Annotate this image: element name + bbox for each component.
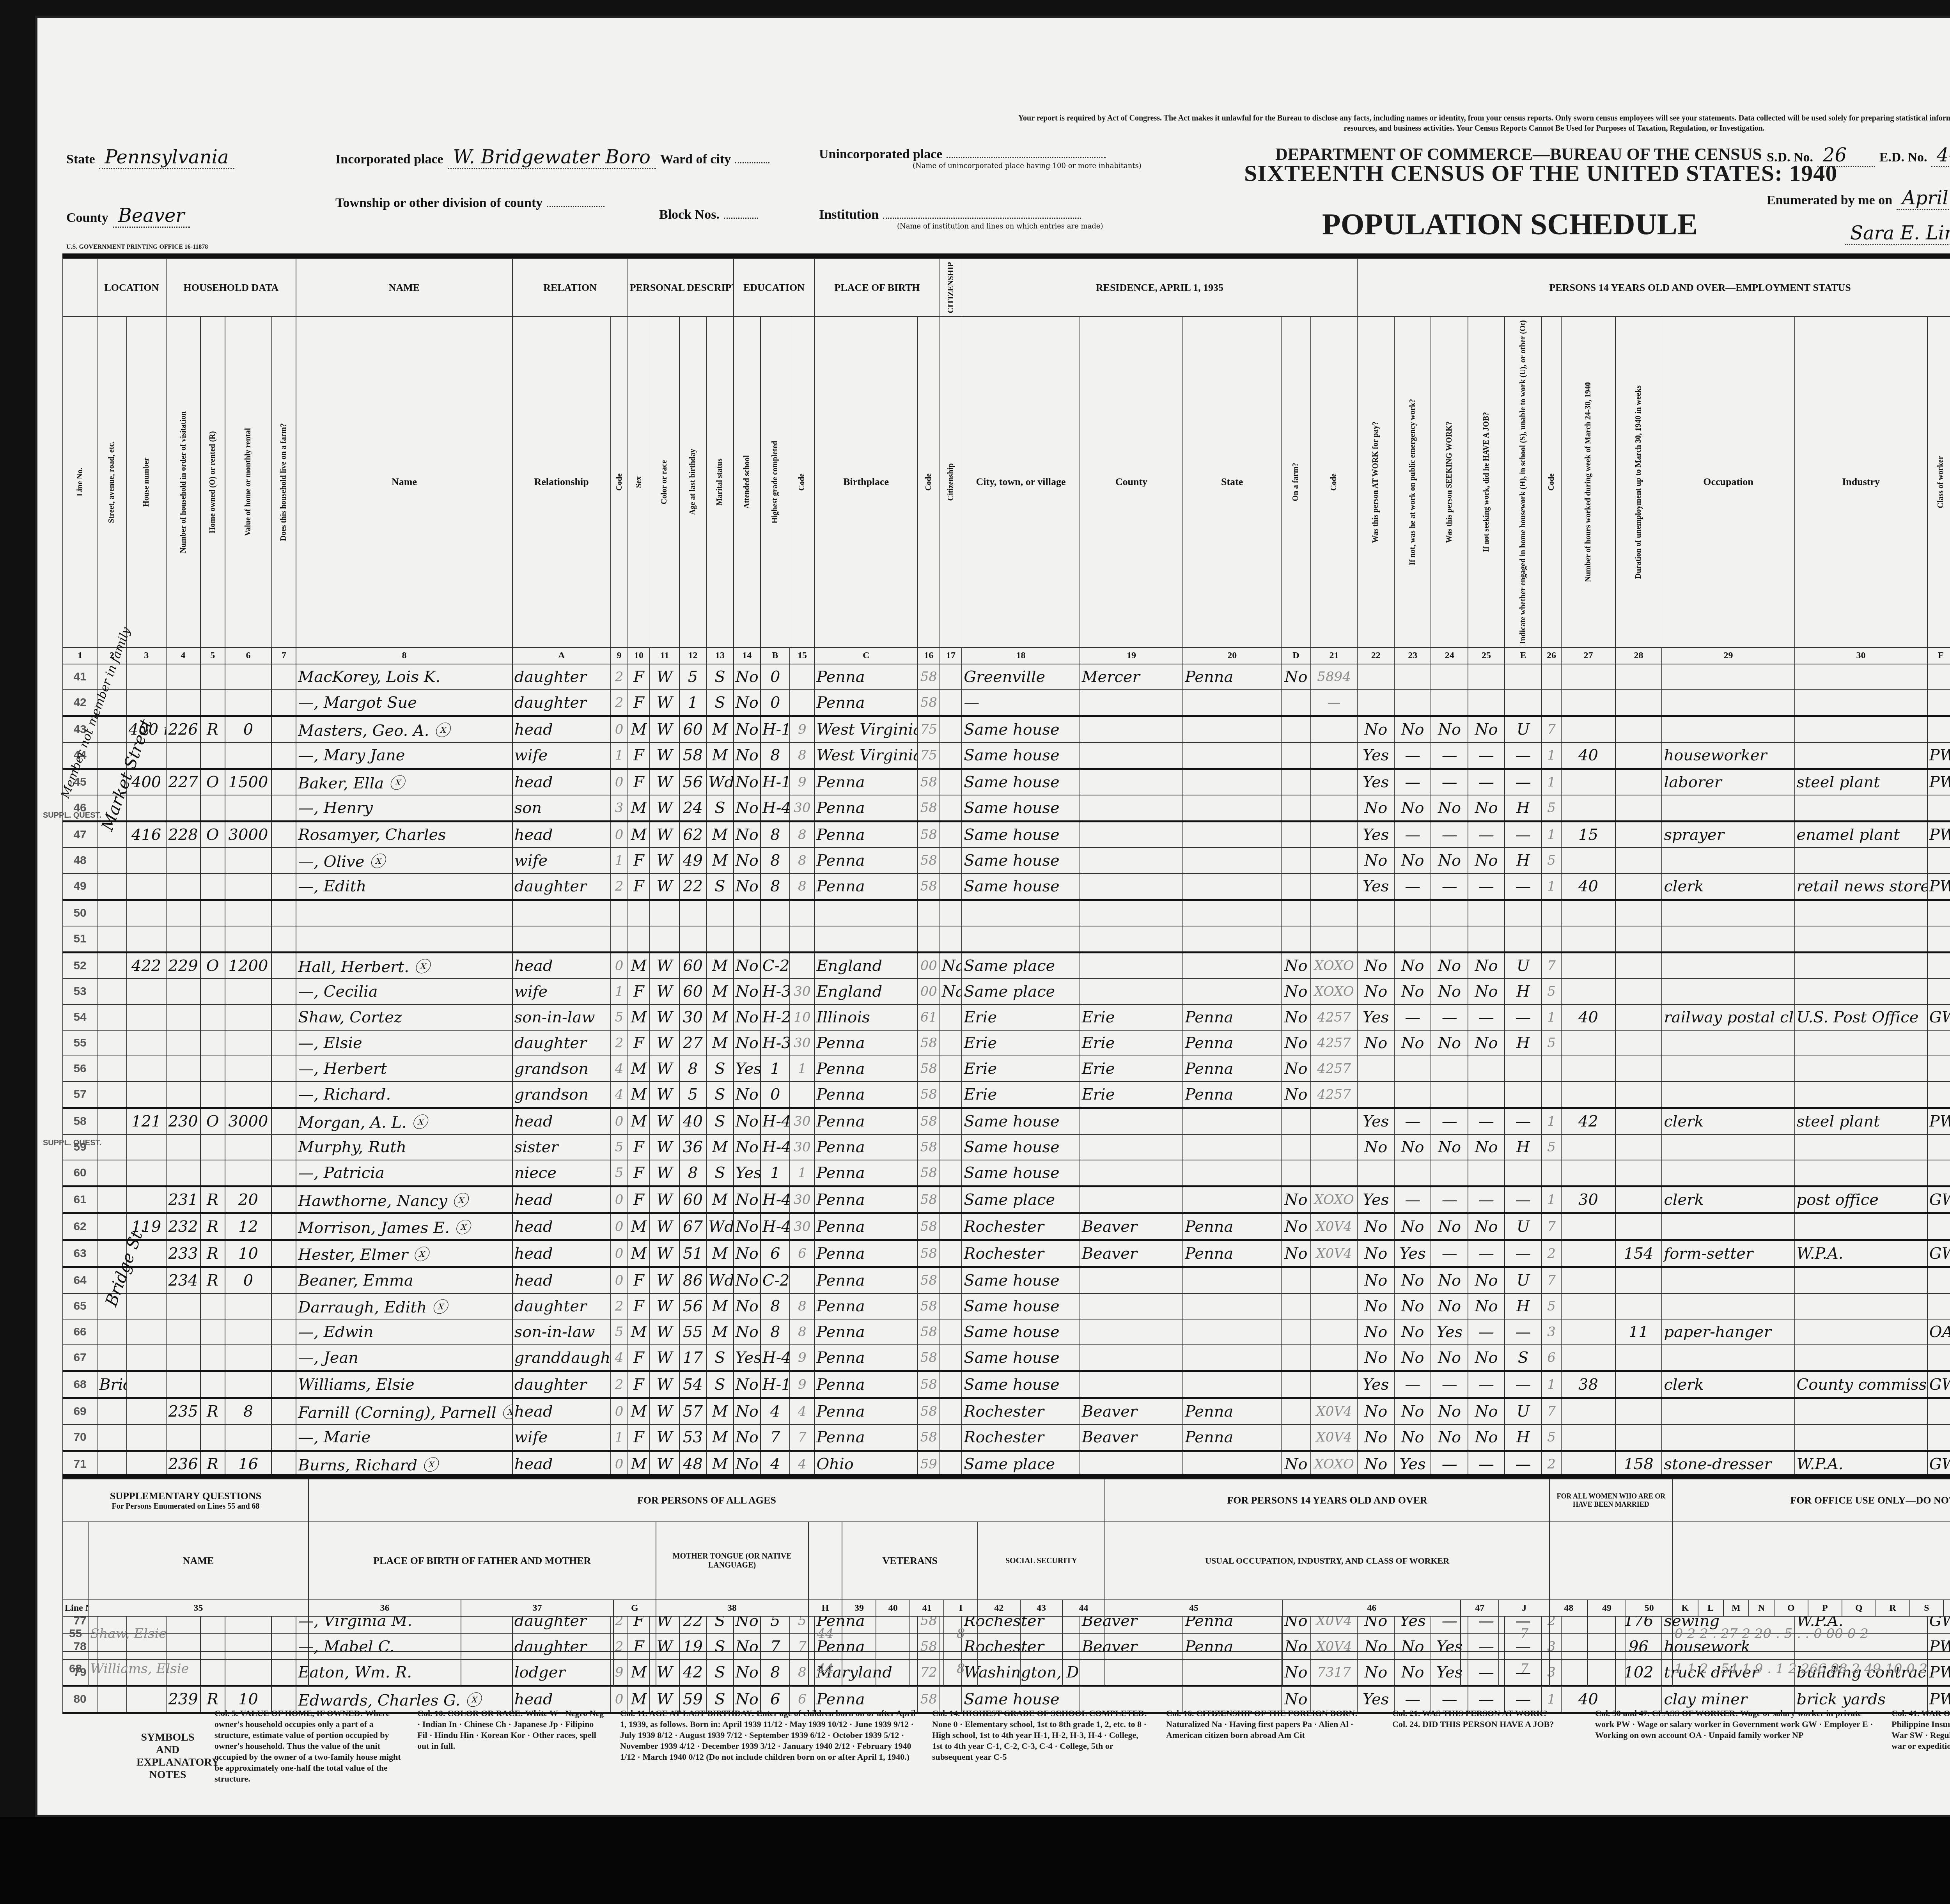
cell-rel: daughter: [512, 1030, 611, 1056]
cell-onfarm: [1281, 900, 1311, 926]
cell-ind: [1795, 1030, 1927, 1056]
cell-name: [296, 900, 512, 926]
cell-state: [1183, 979, 1281, 1004]
cell-w23: —: [1431, 769, 1468, 795]
cell-name: —, Patricia: [296, 1160, 512, 1187]
cell-house: [127, 1082, 166, 1108]
col-number: F: [1927, 648, 1950, 664]
cell-grade: [760, 900, 790, 926]
cell-w22: No: [1394, 1213, 1431, 1240]
cell-grade: H-4: [760, 795, 790, 822]
supp-col-number: 49: [1588, 1600, 1626, 1616]
cell-rel: grandson: [512, 1082, 611, 1108]
cell-birth: Penna: [814, 690, 918, 716]
line-number: 51: [63, 926, 97, 953]
cell-state: [1183, 742, 1281, 769]
cell-house: [127, 926, 166, 953]
cell-age: 36: [679, 1134, 706, 1160]
cell-w24: No: [1468, 1424, 1505, 1451]
cell-ind: [1795, 742, 1927, 769]
cell-name: Hawthorne, Nancy ⓧ: [296, 1186, 512, 1213]
cell-cit: [940, 1398, 962, 1424]
cell-dur: [1615, 1267, 1662, 1293]
cell-occ: laborer: [1662, 769, 1794, 795]
cell-hrs: [1561, 848, 1615, 873]
cell-hh: 228: [166, 821, 200, 848]
cell-own: [200, 1371, 225, 1398]
cell-state: Penna: [1183, 1213, 1281, 1240]
note-col41-text: Col. 41. WAR OR MILITARY SERVICE: World …: [1891, 1708, 1950, 1752]
col-number: 3: [127, 648, 166, 664]
cell-hrs: [1561, 769, 1615, 795]
cell-sex: M: [628, 952, 650, 979]
cell-grade: 8: [760, 1293, 790, 1319]
cell-w25: [1505, 926, 1541, 953]
cell-sch: No: [734, 716, 760, 742]
col-number: 27: [1561, 648, 1615, 664]
cell-dur: [1615, 742, 1662, 769]
cell-birth: Penna: [814, 848, 918, 873]
cell-rel: head: [512, 821, 611, 848]
supp-col-number: 47: [1461, 1600, 1499, 1616]
cell-city: Same place: [962, 952, 1080, 979]
cell-sch: No: [734, 1293, 760, 1319]
cell-county: [1080, 690, 1183, 716]
cell-w22: No: [1394, 716, 1431, 742]
cell-w24: No: [1468, 716, 1505, 742]
supp-line-number: 55: [63, 1616, 88, 1651]
cell-race: W: [650, 769, 679, 795]
cell-hrs: [1561, 795, 1615, 822]
cell-grade: H-4: [760, 1186, 790, 1213]
cell-house: [127, 1293, 166, 1319]
cell-d: [1311, 848, 1358, 873]
cell-ms: S: [706, 795, 733, 822]
cell-county: [1080, 1451, 1183, 1477]
cell-w23: No: [1431, 1213, 1468, 1240]
cell-ms: S: [706, 1345, 733, 1371]
table-row: 66—, Edwinson-in-law5MW55MNo88Penna58Sam…: [63, 1319, 1950, 1345]
cell-hh: 234: [166, 1267, 200, 1293]
cell-birth: Penna: [814, 1319, 918, 1345]
cell-value: 0: [225, 1267, 272, 1293]
cell-b: [790, 926, 814, 953]
cell-street: [97, 1186, 127, 1213]
enumerated-date-field: Enumerated by me on April 19 1940.: [1767, 187, 1950, 210]
cell-w22: —: [1394, 769, 1431, 795]
cell-w22: —: [1394, 1004, 1431, 1030]
cell-w24: —: [1468, 1108, 1505, 1134]
cell-house: 422: [127, 952, 166, 979]
section-married-women: FOR ALL WOMEN WHO ARE OR HAVE BEEN MARRI…: [1549, 1479, 1672, 1522]
cell-dur: [1615, 1134, 1662, 1160]
cell-grade: 4: [760, 1451, 790, 1477]
cell-dur: [1615, 952, 1662, 979]
cell-grade: H-4: [760, 1345, 790, 1371]
supp-cell: [308, 1651, 461, 1686]
cell-state: [1183, 873, 1281, 900]
cell-onfarm: [1281, 1160, 1311, 1187]
cell-grade: 1: [760, 1160, 790, 1187]
cell-w21: [1357, 1160, 1394, 1187]
supp-cell: [876, 1616, 910, 1651]
cell-age: 22: [679, 873, 706, 900]
cell-e: 5: [1542, 1424, 1561, 1451]
cell-ind: [1795, 1424, 1927, 1451]
cell-w21: Yes: [1357, 873, 1394, 900]
cell-name: Baker, Ella ⓧ: [296, 769, 512, 795]
cell-own: [200, 1345, 225, 1371]
cell-street: [97, 926, 127, 953]
incorporated-place-value: W. Bridgewater Boro: [448, 146, 656, 169]
cell-w21: No: [1357, 1451, 1394, 1477]
cell-w21: No: [1357, 848, 1394, 873]
cell-birth: Penna: [814, 1213, 918, 1240]
cell-house: [127, 1004, 166, 1030]
supp-col-number: 41: [910, 1600, 944, 1616]
cell-street: [97, 1451, 127, 1477]
cell-hrs: [1561, 1345, 1615, 1371]
col-label: Number of household in order of visitati…: [166, 317, 200, 648]
cell-b: 8: [790, 848, 814, 873]
cell-birth: Penna: [814, 1293, 918, 1319]
cell-dur: [1615, 795, 1662, 822]
cell-w25: [1505, 664, 1541, 690]
cell-w23: [1431, 664, 1468, 690]
cell-birth: West Virginia: [814, 742, 918, 769]
cell-w24: No: [1468, 1030, 1505, 1056]
cell-hh: [166, 1345, 200, 1371]
cell-w22: No: [1394, 1267, 1431, 1293]
cell-occ: houseworker: [1662, 742, 1794, 769]
col-label: Code: [1311, 317, 1358, 648]
cell-cit: [940, 1267, 962, 1293]
cell-race: W: [650, 821, 679, 848]
cell-cls: OA: [1927, 1319, 1950, 1345]
cell-hrs: [1561, 1240, 1615, 1267]
cell-sch: No: [734, 664, 760, 690]
cell-w24: [1468, 690, 1505, 716]
cell-sex: M: [628, 1319, 650, 1345]
cell-sex: F: [628, 742, 650, 769]
cell-name: —, Edith: [296, 873, 512, 900]
cell-cit: [940, 1108, 962, 1134]
line-number: 48: [63, 848, 97, 873]
cell-occ: sprayer: [1662, 821, 1794, 848]
cell-sch: No: [734, 1424, 760, 1451]
cell-hh: [166, 1056, 200, 1082]
cell-w22: —: [1394, 873, 1431, 900]
cell-city: Same house: [962, 1108, 1080, 1134]
section-birth-parents: PLACE OF BIRTH OF FATHER AND MOTHER: [308, 1522, 656, 1600]
cell-age: 62: [679, 821, 706, 848]
education-header: EDUCATION: [734, 259, 815, 317]
supp-code-h: [808, 1522, 842, 1600]
cell-w21: No: [1357, 1134, 1394, 1160]
enumerator-field: Sara E. Lindsay Enumerator.: [1845, 222, 1950, 245]
cell-hh: [166, 1319, 200, 1345]
cell-b: 8: [790, 873, 814, 900]
cell-dur: [1615, 873, 1662, 900]
cell-city: [962, 926, 1080, 953]
line-number: 65: [63, 1293, 97, 1319]
supp-col-number: P: [1808, 1600, 1842, 1616]
cell-w24: —: [1468, 769, 1505, 795]
cell-birth: Illinois: [814, 1004, 918, 1030]
cell-w25: —: [1505, 1240, 1541, 1267]
cell-d: 5894: [1311, 664, 1358, 690]
cell-birth: Penna: [814, 821, 918, 848]
cell-cls: [1927, 716, 1950, 742]
cell-sex: M: [628, 1004, 650, 1030]
cell-hrs: [1561, 1030, 1615, 1056]
cell-ms: M: [706, 1424, 733, 1451]
cell-rel: son: [512, 795, 611, 822]
cell-farm: [271, 1424, 296, 1451]
cell-hrs: [1561, 1293, 1615, 1319]
cell-a: 2: [611, 1371, 628, 1398]
cell-farm: [271, 821, 296, 848]
cell-w21: No: [1357, 1398, 1394, 1424]
cell-e: 1: [1542, 821, 1561, 848]
employment-header: PERSONS 14 YEARS OLD AND OVER—EMPLOYMENT…: [1357, 259, 1950, 317]
supp-col-number: Q: [1842, 1600, 1876, 1616]
cell-city: Same house: [962, 1371, 1080, 1398]
cell-house: [127, 848, 166, 873]
cell-dur: [1615, 926, 1662, 953]
cell-onfarm: No: [1281, 1056, 1311, 1082]
cell-house: [127, 1056, 166, 1082]
cell-ind: [1795, 716, 1927, 742]
col-label: Was this person AT WORK for pay?: [1357, 317, 1394, 648]
cell-name: Darraugh, Edith ⓧ: [296, 1293, 512, 1319]
cell-w21: [1357, 1056, 1394, 1082]
note-col14-text: Col. 14. HIGHEST GRADE OF SCHOOL COMPLET…: [932, 1708, 1150, 1762]
cell-county: [1080, 1134, 1183, 1160]
cell-birth: Penna: [814, 1056, 918, 1082]
cell-grade: 0: [760, 690, 790, 716]
cell-d: [1311, 716, 1358, 742]
table-row: 56—, Herbertgrandson4MW8SYes11Penna58Eri…: [63, 1056, 1950, 1082]
cell-w24: —: [1468, 1240, 1505, 1267]
cell-a: 0: [611, 716, 628, 742]
cell-cls: [1927, 1267, 1950, 1293]
cell-a: 5: [611, 1004, 628, 1030]
supp-col-number: T: [1943, 1600, 1950, 1616]
cell-onfarm: [1281, 1293, 1311, 1319]
line-number: 61: [63, 1186, 97, 1213]
col-label: Relationship: [512, 317, 611, 648]
cell-e: [1542, 1082, 1561, 1108]
cell-rel: head: [512, 1267, 611, 1293]
cell-city: Same house: [962, 716, 1080, 742]
cell-cls: PW: [1927, 1108, 1950, 1134]
cell-e: [1542, 900, 1561, 926]
cell-c: 58: [918, 1160, 940, 1187]
cell-name: —, Richard.: [296, 1082, 512, 1108]
cell-w24: No: [1468, 795, 1505, 822]
col-label: Line No.: [63, 317, 97, 648]
cell-cls: [1927, 979, 1950, 1004]
cell-c: 58: [918, 690, 940, 716]
cell-street: [97, 979, 127, 1004]
cell-w24: No: [1468, 1213, 1505, 1240]
cell-occ: [1662, 1056, 1794, 1082]
cell-ms: Wd: [706, 1213, 733, 1240]
cell-value: [225, 1319, 272, 1345]
block-value: [724, 218, 758, 219]
cell-house: [127, 1319, 166, 1345]
cell-ind: [1795, 848, 1927, 873]
col-number: 24: [1431, 648, 1468, 664]
cell-city: Same house: [962, 1160, 1080, 1187]
cell-cit: [940, 664, 962, 690]
cell-county: Beaver: [1080, 1213, 1183, 1240]
cell-w22: [1394, 664, 1431, 690]
personal-description-header: PERSONAL DESCRIPTION: [628, 259, 734, 317]
cell-farm: [271, 1213, 296, 1240]
cell-onfarm: [1281, 1371, 1311, 1398]
cell-c: 58: [918, 1186, 940, 1213]
cell-sex: F: [628, 979, 650, 1004]
cell-dur: [1615, 1082, 1662, 1108]
supp-col-number: H: [808, 1600, 842, 1616]
cell-c: 58: [918, 1424, 940, 1451]
cell-ind: County commissioners: [1795, 1371, 1927, 1398]
cell-e: 3: [1542, 1319, 1561, 1345]
cell-sex: F: [628, 664, 650, 690]
supp-code-h-value: 44: [808, 1616, 842, 1651]
cell-ind: [1795, 1398, 1927, 1424]
cell-sex: M: [628, 1108, 650, 1134]
cell-own: R: [200, 1240, 225, 1267]
ward-value: [735, 162, 769, 163]
cell-hrs: 38: [1561, 1371, 1615, 1398]
line-number: 70: [63, 1424, 97, 1451]
cell-race: W: [650, 873, 679, 900]
cell-own: [200, 795, 225, 822]
cell-w23: —: [1431, 1240, 1468, 1267]
table-row: 44—, Mary Janewife1FW58MNo88West Virgini…: [63, 742, 1950, 769]
supp-cell: [1626, 1651, 1673, 1686]
cell-city: Same house: [962, 769, 1080, 795]
cell-w23: No: [1431, 1345, 1468, 1371]
cell-cls: GW: [1927, 1240, 1950, 1267]
location-header: LOCATION: [97, 259, 166, 317]
cell-birth: Penna: [814, 664, 918, 690]
cell-race: W: [650, 1004, 679, 1030]
cell-grade: H-4: [760, 1134, 790, 1160]
cell-d: [1311, 926, 1358, 953]
cell-b: 6: [790, 1240, 814, 1267]
cell-age: 60: [679, 1186, 706, 1213]
cell-d: [1311, 1134, 1358, 1160]
cell-hrs: [1561, 1398, 1615, 1424]
cell-w24: No: [1468, 1345, 1505, 1371]
cell-ms: M: [706, 1134, 733, 1160]
cell-hh: [166, 1293, 200, 1319]
cell-w23: [1431, 1056, 1468, 1082]
cell-w25: H: [1505, 1134, 1541, 1160]
cell-ms: M: [706, 1319, 733, 1345]
cell-sex: M: [628, 795, 650, 822]
cell-value: 12: [225, 1213, 272, 1240]
cell-w24: —: [1468, 1186, 1505, 1213]
cell-street: [97, 1345, 127, 1371]
col-number: 14: [734, 648, 760, 664]
cell-a: 1: [611, 1424, 628, 1451]
cell-a: 0: [611, 1108, 628, 1134]
line-number: 52: [63, 952, 97, 979]
sd-value: 26: [1817, 144, 1875, 167]
cell-w24: No: [1468, 952, 1505, 979]
cell-hh: [166, 926, 200, 953]
cell-c: 58: [918, 769, 940, 795]
cell-county: [1080, 926, 1183, 953]
cell-farm: [271, 1240, 296, 1267]
cell-name: Hester, Elmer ⓧ: [296, 1240, 512, 1267]
cell-race: W: [650, 1056, 679, 1082]
cell-w25: —: [1505, 1108, 1541, 1134]
cell-w23: [1431, 1160, 1468, 1187]
cell-e: 2: [1542, 1240, 1561, 1267]
col-number: 19: [1080, 648, 1183, 664]
cell-c: 58: [918, 848, 940, 873]
cell-cit: [940, 1082, 962, 1108]
cell-city: Same house: [962, 1345, 1080, 1371]
cell-hh: [166, 1004, 200, 1030]
cell-value: 3000: [225, 1108, 272, 1134]
cell-cls: [1927, 1293, 1950, 1319]
cell-own: [200, 926, 225, 953]
cell-state: Penna: [1183, 1424, 1281, 1451]
cell-city: Erie: [962, 1056, 1080, 1082]
state-label: State: [66, 152, 95, 166]
cell-hrs: [1561, 1267, 1615, 1293]
cell-cit: [940, 1056, 962, 1082]
cell-w25: —: [1505, 1371, 1541, 1398]
table-row: 61231R20Hawthorne, Nancy ⓧhead0FW60MNoH-…: [63, 1186, 1950, 1213]
cell-a: 2: [611, 873, 628, 900]
cell-birth: Penna: [814, 1424, 918, 1451]
cell-value: [225, 1030, 272, 1056]
cell-farm: [271, 1108, 296, 1134]
cell-county: Beaver: [1080, 1240, 1183, 1267]
table-row: 64234R0Beaner, Emmahead0FW86WdNoC-2Penna…: [63, 1267, 1950, 1293]
cell-value: [225, 742, 272, 769]
cell-ind: [1795, 952, 1927, 979]
cell-birth: Penna: [814, 1186, 918, 1213]
cell-dur: [1615, 1371, 1662, 1398]
cell-e: 6: [1542, 1345, 1561, 1371]
cell-street: [97, 1056, 127, 1082]
cell-state: [1183, 1319, 1281, 1345]
cell-c: 58: [918, 1213, 940, 1240]
cell-grade: H-2: [760, 1004, 790, 1030]
cell-w23: No: [1431, 716, 1468, 742]
cell-cls: [1927, 1056, 1950, 1082]
cell-farm: [271, 1030, 296, 1056]
col-number: A: [512, 648, 611, 664]
cell-b: [790, 900, 814, 926]
cell-own: R: [200, 1267, 225, 1293]
ed-value: 4-59: [1931, 144, 1950, 167]
cell-birth: England: [814, 979, 918, 1004]
cell-a: 5: [611, 1319, 628, 1345]
cell-house: [127, 1030, 166, 1056]
cell-race: W: [650, 1319, 679, 1345]
cell-a: [611, 900, 628, 926]
